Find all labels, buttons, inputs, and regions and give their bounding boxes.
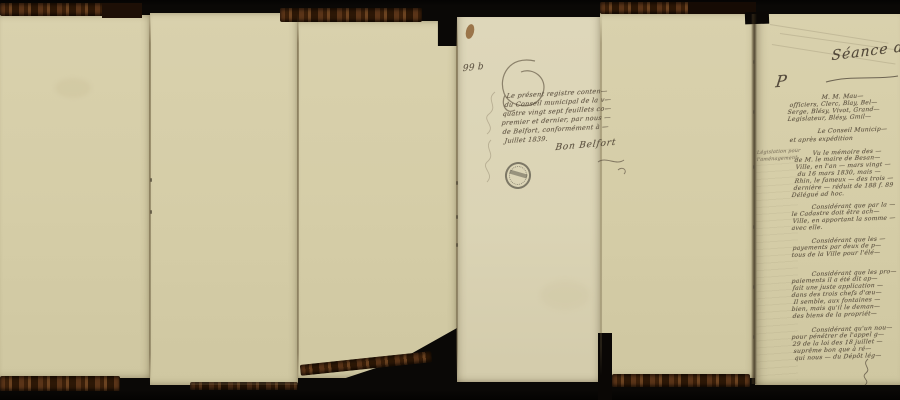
leather-edge-bottom-right <box>612 374 750 387</box>
stitch-mark <box>753 110 755 114</box>
leather-edge-bottom-left <box>0 376 120 391</box>
scan-gap <box>745 12 769 25</box>
signature-paraph <box>596 156 630 176</box>
body-line: avec elle. <box>791 224 823 232</box>
blank-leaf-1 <box>0 15 150 378</box>
blank-leaf-4 <box>600 13 755 378</box>
page-seam <box>297 14 299 382</box>
stitch-mark <box>753 335 755 339</box>
heading-underline-flourish <box>824 74 900 86</box>
stitch-mark <box>456 243 458 247</box>
stitch-mark <box>753 225 755 229</box>
leather-edge-top-right <box>600 2 690 14</box>
register-scan: 99 b Le présent registre conten— du Cons… <box>0 0 900 400</box>
blank-leaf-2 <box>150 13 298 385</box>
stitch-mark <box>456 215 458 219</box>
pencil-squiggles <box>477 90 507 190</box>
stitch-mark <box>456 181 458 185</box>
stitch-mark <box>753 285 755 289</box>
blank-leaf-3 <box>298 21 457 378</box>
stitch-mark <box>753 165 755 169</box>
page-seam <box>600 14 602 376</box>
leather-shadow-top-left <box>102 3 142 18</box>
end-flourish <box>858 358 876 386</box>
leather-edge-bottom-2 <box>190 382 298 390</box>
faint-stain <box>55 78 91 98</box>
faint-stain <box>540 280 590 310</box>
stitch-mark <box>150 210 152 214</box>
leather-edge-top-middle <box>280 8 422 22</box>
stitch-mark <box>150 178 152 182</box>
stitch-mark <box>753 60 755 64</box>
page-seam <box>149 14 151 384</box>
page-seam <box>456 18 458 378</box>
